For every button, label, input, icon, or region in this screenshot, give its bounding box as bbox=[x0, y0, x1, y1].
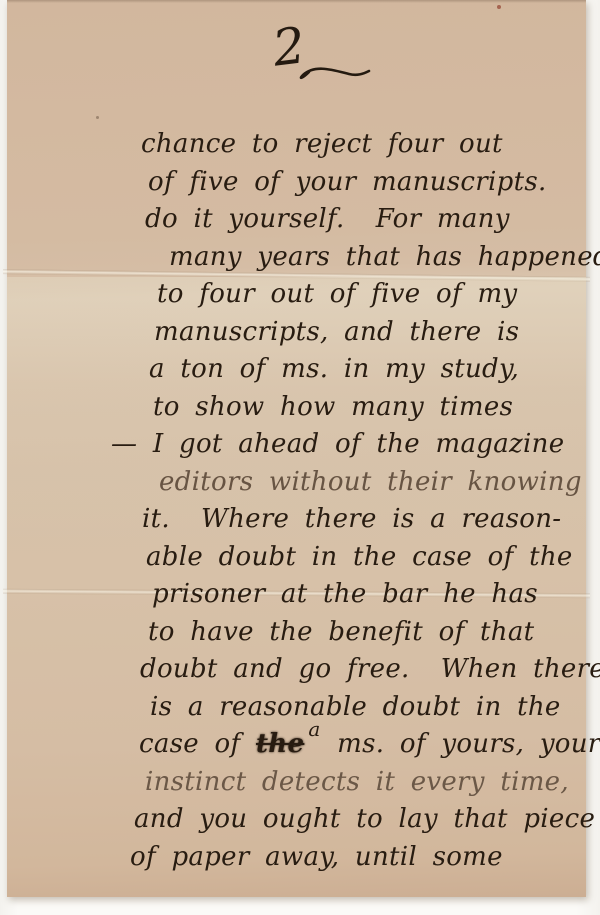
line-text: doubt and go free. When there bbox=[140, 654, 600, 684]
page-number: 2 bbox=[265, 26, 375, 88]
line-text: able doubt in the case of the bbox=[146, 542, 573, 572]
inserted-word: a bbox=[308, 711, 320, 749]
line-text: instinct detects it every time, bbox=[145, 767, 569, 797]
letter-line: is a reasonable doubt in the bbox=[150, 689, 579, 727]
paper-speck bbox=[96, 116, 99, 119]
paper-top-edge bbox=[7, 0, 586, 3]
letter-line: and you ought to lay that piece bbox=[134, 801, 579, 839]
letter-line: editors without their knowing bbox=[159, 464, 579, 502]
line-text: manuscripts, and there is bbox=[154, 317, 519, 347]
line-text: editors without their knowing bbox=[159, 467, 582, 497]
line-text: to four out of five of my bbox=[157, 279, 517, 309]
letter-line: chance to reject four out bbox=[141, 126, 579, 164]
letter-scan: 2 chance to reject four outof five of yo… bbox=[0, 0, 600, 915]
letter-line: to four out of five of my bbox=[157, 276, 579, 314]
letter-line: of paper away, until some bbox=[130, 839, 579, 877]
line-text: is a reasonable doubt in the bbox=[150, 692, 561, 722]
line-text: and you ought to lay that piece bbox=[134, 804, 595, 834]
letter-line: to show how many times bbox=[153, 389, 579, 427]
line-text: to show how many times bbox=[153, 392, 513, 422]
paper-speck bbox=[497, 5, 501, 9]
letter-line: — I got ahead of the magazine bbox=[111, 426, 579, 464]
line-text: ms. of yours, your bbox=[322, 729, 600, 759]
letter-line: a ton of ms. in my study, bbox=[149, 351, 579, 389]
line-text: it. Where there is a reason- bbox=[142, 504, 561, 534]
letter-line: many years that has happened bbox=[169, 239, 579, 277]
letter-line: to have the benefit of that bbox=[148, 614, 579, 652]
line-text: chance to reject four out bbox=[141, 129, 503, 159]
letter-line: able doubt in the case of the bbox=[146, 539, 579, 577]
line-text: — I got ahead of the magazine bbox=[111, 429, 564, 459]
letter-line: case of thea ms. of yours, your bbox=[139, 726, 579, 764]
line-text: many years that has happened bbox=[169, 242, 600, 272]
page-number-tail-flourish bbox=[265, 26, 375, 88]
letter-line: prisoner at the bar he has bbox=[152, 576, 579, 614]
line-text: of paper away, until some bbox=[130, 842, 503, 872]
letter-page: 2 chance to reject four outof five of yo… bbox=[7, 0, 586, 897]
letter-line: manuscripts, and there is bbox=[154, 314, 579, 352]
line-text: to have the benefit of that bbox=[148, 617, 534, 647]
letter-line: of five of your manuscripts. bbox=[148, 164, 579, 202]
line-text: a ton of ms. in my study, bbox=[149, 354, 519, 384]
letter-line: it. Where there is a reason- bbox=[142, 501, 579, 539]
letter-line: do it yourself. For many bbox=[145, 201, 579, 239]
struck-word: the bbox=[256, 729, 304, 759]
letter-body: chance to reject four outof five of your… bbox=[139, 126, 579, 876]
line-text: of five of your manuscripts. bbox=[148, 167, 547, 197]
line-text: do it yourself. For many bbox=[145, 204, 510, 234]
letter-line: instinct detects it every time, bbox=[145, 764, 579, 802]
scan-background: { "letter": { "description": "handwritte… bbox=[0, 0, 600, 915]
line-text: prisoner at the bar he has bbox=[152, 579, 538, 609]
line-text: case of bbox=[139, 729, 256, 759]
letter-line: doubt and go free. When there bbox=[140, 651, 579, 689]
